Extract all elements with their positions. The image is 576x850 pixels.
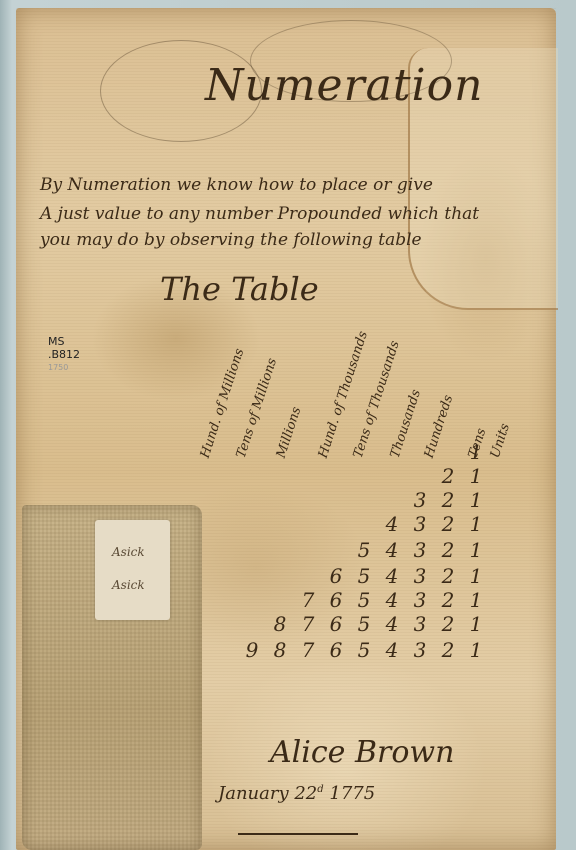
table-row: 1 <box>462 440 490 466</box>
table-row: 87654321 <box>266 612 490 638</box>
table-row: 21 <box>434 464 490 490</box>
table-row: 987654321 <box>238 638 490 664</box>
table-row: 54321 <box>350 538 490 564</box>
column-header: Tens of Millions <box>234 356 280 460</box>
call-number-line: 1750 <box>48 361 80 374</box>
page-title: Numeration <box>205 60 483 111</box>
table-row: 4321 <box>378 512 490 538</box>
date-year: 1775 <box>329 783 375 804</box>
column-header: Thousands <box>388 388 424 460</box>
column-header: Hundreds <box>422 393 456 460</box>
intro-line-3: you may do by observing the following ta… <box>40 230 422 250</box>
call-number-line: .B812 <box>48 348 80 361</box>
column-headers: Hund. of Millions Tens of Millions Milli… <box>190 300 520 460</box>
date-suffix: d <box>317 784 323 795</box>
paper-tag <box>95 520 170 620</box>
call-number-label: MS .B812 1750 <box>48 335 80 374</box>
call-number-line: MS <box>48 335 80 348</box>
table-row: 7654321 <box>294 588 490 614</box>
intro-line-2: A just value to any number Propounded wh… <box>40 204 479 224</box>
date-text: January 22 <box>218 783 317 804</box>
underline-rule <box>238 833 358 835</box>
column-header: Millions <box>274 405 305 460</box>
date-line: January 22d 1775 <box>218 783 375 804</box>
tag-label: Asick <box>112 545 145 559</box>
table-row: 654321 <box>322 564 490 590</box>
intro-line-1: By Numeration we know how to place or gi… <box>40 175 433 195</box>
tag-label: Asick <box>112 578 145 592</box>
column-header: Units <box>488 422 513 460</box>
signature: Alice Brown <box>270 735 454 770</box>
table-row: 321 <box>406 488 490 514</box>
